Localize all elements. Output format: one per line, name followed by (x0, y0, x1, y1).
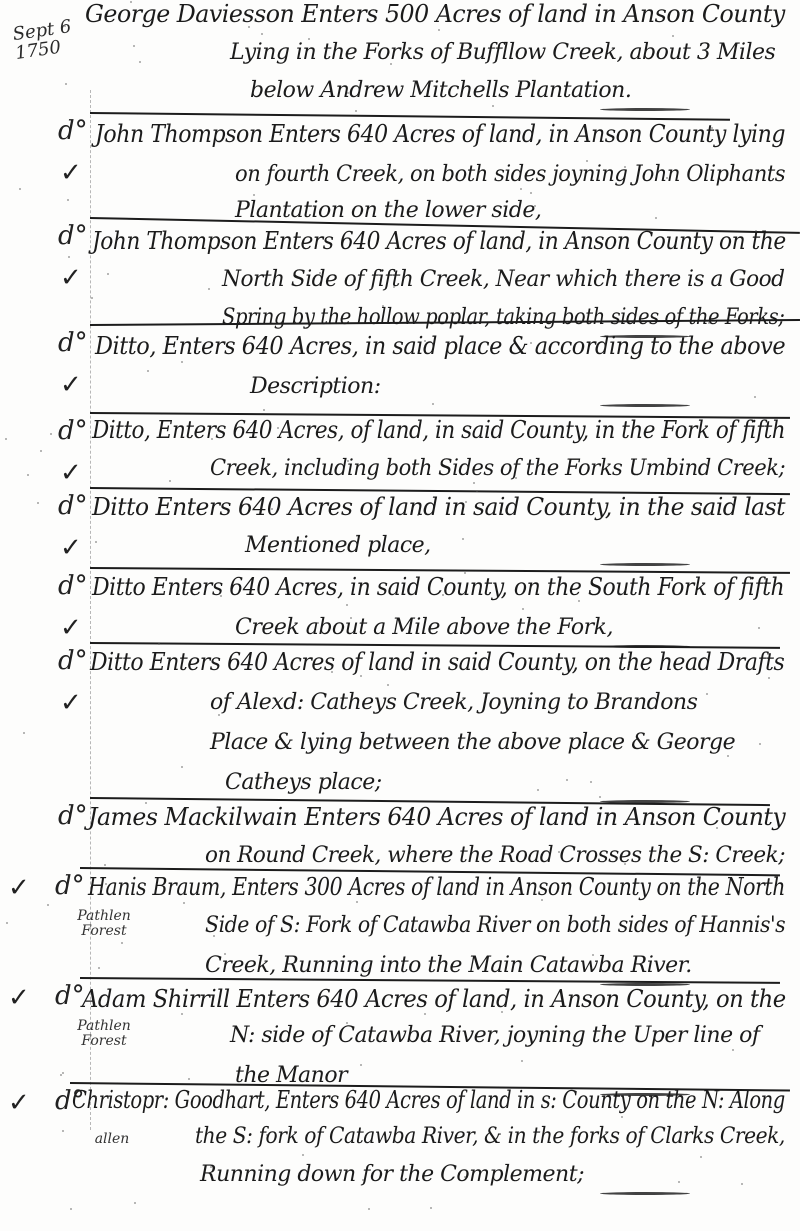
paper-speckle (62, 1130, 64, 1132)
paper-speckle (145, 802, 147, 804)
paper-speckle (515, 477, 517, 479)
ditto-mark: d° (58, 328, 88, 358)
paper-speckle (255, 436, 257, 438)
paper-speckle (37, 502, 39, 504)
ditto-mark: d° (58, 646, 88, 676)
entry-heading-line: Ditto, Enters 640 Acres, of land, in sai… (92, 416, 785, 444)
ditto-mark: d° (55, 871, 85, 901)
paper-speckle (65, 83, 67, 85)
paper-speckle (706, 693, 708, 695)
document-page: Sept 6 1750 George Daviesson Enters 500 … (0, 0, 800, 1231)
paper-speckle (716, 827, 718, 829)
paper-speckle (91, 297, 93, 299)
paper-speckle (759, 743, 761, 745)
entry-text-line: Lying in the Forks of Buffllow Creek, ab… (230, 40, 775, 65)
entry-text-line: on Round Creek, where the Road Crosses t… (205, 843, 785, 868)
entry-heading-line: James Mackilwain Enters 640 Acres of lan… (88, 803, 785, 831)
paper-speckle (599, 796, 601, 798)
line-end-flourish (600, 404, 690, 407)
paper-speckle (424, 340, 426, 342)
entry-heading-line: Ditto Enters 640 Acres of land in said C… (90, 648, 784, 676)
paper-speckle (590, 781, 592, 783)
paper-speckle (424, 1013, 426, 1015)
paper-speckle (624, 863, 626, 865)
paper-speckle (346, 604, 348, 606)
entry-heading-line: Ditto, Enters 640 Acres, in said place &… (95, 332, 785, 360)
paper-speckle (530, 342, 532, 344)
paper-speckle (40, 450, 42, 452)
paper-speckle (754, 396, 756, 398)
entry-text-line: Plantation on the lower side, (235, 198, 541, 223)
paper-speckle (211, 438, 213, 440)
paper-speckle (355, 110, 357, 112)
check-mark-icon: ✓ (60, 263, 82, 293)
paper-speckle (105, 883, 107, 885)
paper-speckle (396, 541, 398, 543)
paper-speckle (319, 272, 321, 274)
paper-speckle (104, 864, 106, 866)
paper-speckle (218, 430, 220, 432)
paper-speckle (248, 26, 250, 28)
paper-speckle (586, 160, 588, 162)
paper-speckle (430, 1207, 432, 1209)
paper-speckle (558, 851, 560, 853)
paper-speckle (241, 1107, 243, 1109)
paper-speckle (537, 789, 539, 791)
paper-speckle (308, 38, 310, 40)
paper-speckle (224, 953, 226, 955)
paper-speckle (95, 1096, 97, 1098)
paper-speckle (521, 1060, 523, 1062)
paper-speckle (382, 305, 384, 307)
entry-text-line: of Alexd: Catheys Creek, Joyning to Bran… (210, 690, 697, 715)
paper-speckle (371, 287, 373, 289)
entry-text-line: Mentioned place, (245, 533, 431, 558)
paper-speckle (277, 427, 279, 429)
paper-speckle (147, 370, 149, 372)
paper-speckle (368, 1208, 370, 1210)
paper-speckle (417, 514, 419, 516)
paper-speckle (5, 438, 7, 440)
entry-text-line: Creek about a Mile above the Fork, (235, 615, 613, 640)
paper-speckle (181, 361, 183, 363)
paper-speckle (566, 779, 568, 781)
paper-speckle (462, 538, 464, 540)
paper-speckle (758, 627, 760, 629)
paper-speckle (317, 622, 319, 624)
paper-speckle (208, 288, 210, 290)
paper-speckle (356, 535, 358, 537)
line-end-flourish (600, 1192, 690, 1195)
paper-speckle (768, 677, 770, 679)
ditto-mark: d° (58, 116, 88, 146)
paper-speckle (678, 1181, 680, 1183)
entry-text-line: Running down for the Complement; (200, 1162, 584, 1187)
ditto-mark: d° (58, 416, 88, 446)
paper-speckle (70, 1208, 72, 1210)
entry-heading-line: Adam Shirrill Enters 640 Acres of land, … (82, 985, 786, 1013)
entry-text-line: the S: fork of Catawba River, & in the f… (195, 1124, 785, 1149)
entry-text-line: Creek, including both Sides of the Forks… (210, 456, 785, 481)
margin-annotation: Pathlen Forest (72, 1019, 136, 1050)
paper-speckle (393, 857, 395, 859)
paper-speckle (697, 880, 699, 882)
paper-speckle (68, 256, 70, 258)
margin-date-line2: 1750 (14, 37, 75, 64)
paper-speckle (133, 45, 135, 47)
paper-speckle (302, 1154, 304, 1156)
ditto-mark: d° (58, 221, 88, 251)
entry-heading-line: Hanis Braum, Enters 300 Acres of land in… (88, 873, 785, 901)
paper-speckle (621, 1116, 623, 1118)
paper-speckle (464, 1176, 466, 1178)
entry-text-line: North Side of fifth Creek, Near which th… (222, 267, 785, 292)
paper-speckle (62, 1072, 64, 1074)
paper-speckle (541, 899, 543, 901)
paper-speckle (708, 322, 710, 324)
margin-rule (90, 90, 91, 1130)
paper-speckle (266, 1134, 268, 1136)
entry-heading-line: Ditto Enters 640 Acres, in said County, … (92, 573, 784, 601)
paper-speckle (181, 766, 183, 768)
check-mark-icon: ✓ (60, 158, 82, 188)
paper-speckle (272, 282, 274, 284)
paper-speckle (578, 600, 580, 602)
paper-speckle (465, 501, 467, 503)
paper-speckle (23, 732, 25, 734)
entry-text-line: Catheys place; (225, 770, 382, 795)
paper-speckle (438, 29, 440, 31)
paper-speckle (169, 480, 171, 482)
paper-speckle (655, 217, 657, 219)
paper-speckle (426, 1105, 428, 1107)
paper-speckle (271, 508, 273, 510)
paper-speckle (755, 230, 757, 232)
check-mark-icon: ✓ (60, 613, 82, 643)
paper-speckle (27, 474, 29, 476)
paper-speckle (699, 507, 701, 509)
paper-speckle (218, 714, 220, 716)
paper-speckle (95, 541, 97, 543)
paper-speckle (67, 199, 69, 201)
paper-speckle (666, 177, 668, 179)
paper-speckle (741, 1183, 743, 1185)
paper-speckle (360, 675, 362, 677)
paper-speckle (634, 502, 636, 504)
paper-speckle (393, 286, 395, 288)
paper-speckle (476, 490, 478, 492)
paper-speckle (356, 901, 358, 903)
check-mark-icon: ✓ (60, 533, 82, 563)
entry-heading-line: John Thompson Enters 640 Acres of land, … (95, 120, 785, 148)
paper-speckle (318, 133, 320, 135)
paper-speckle (530, 192, 532, 194)
paper-speckle (473, 482, 475, 484)
paper-speckle (60, 1074, 62, 1076)
ditto-mark: d° (58, 801, 88, 831)
paper-speckle (220, 595, 222, 597)
paper-speckle (387, 684, 389, 686)
check-mark-icon: ✓ (60, 370, 82, 400)
line-end-flourish (600, 108, 690, 111)
paper-speckle (501, 1011, 503, 1013)
paper-speckle (592, 954, 594, 956)
paper-speckle (522, 608, 524, 610)
paper-speckle (158, 643, 160, 645)
paper-speckle (700, 1156, 702, 1158)
paper-speckle (210, 1166, 212, 1168)
paper-speckle (188, 1078, 190, 1080)
paper-speckle (672, 35, 674, 37)
paper-speckle (346, 1022, 348, 1024)
entry-heading-line: John Thompson Enters 640 Acres of land, … (92, 227, 786, 255)
entry-heading-line: Christopr: Goodhart, Enters 640 Acres of… (72, 1086, 785, 1114)
paper-speckle (6, 922, 8, 924)
entry-text-line: N: side of Catawba River, joyning the Up… (230, 1023, 760, 1048)
paper-speckle (139, 61, 141, 63)
paper-speckle (624, 166, 626, 168)
paper-speckle (347, 460, 349, 462)
paper-speckle (130, 1, 132, 3)
paper-speckle (464, 572, 466, 574)
check-mark-icon: ✓ (8, 1088, 30, 1118)
paper-speckle (732, 1049, 734, 1051)
margin-annotation: Pathlen Forest (72, 909, 136, 940)
paper-speckle (711, 127, 713, 129)
entry-text-line: Spring by the hollow poplar, taking both… (222, 305, 784, 330)
check-mark-icon: ✓ (60, 458, 82, 488)
paper-speckle (727, 755, 729, 757)
paper-speckle (121, 942, 123, 944)
paper-speckle (331, 671, 333, 673)
paper-speckle (47, 904, 49, 906)
entry-text-line: Side of S: Fork of Catawba River on both… (205, 913, 785, 938)
paper-speckle (520, 188, 522, 190)
paper-speckle (98, 967, 100, 969)
ditto-mark: d° (55, 981, 85, 1011)
check-mark-icon: ✓ (8, 983, 30, 1013)
paper-speckle (432, 403, 434, 405)
paper-speckle (100, 888, 102, 890)
paper-speckle (519, 93, 521, 95)
paper-speckle (183, 902, 185, 904)
paper-speckle (253, 194, 255, 196)
paper-speckle (64, 25, 66, 27)
paper-speckle (50, 433, 52, 435)
paper-speckle (263, 409, 265, 411)
paper-speckle (213, 935, 215, 937)
paper-speckle (377, 505, 379, 507)
entry-heading-line: Ditto Enters 640 Acres of land in said C… (92, 493, 785, 521)
ditto-mark: d° (58, 491, 88, 521)
paper-speckle (492, 105, 494, 107)
paper-speckle (134, 1202, 136, 1204)
line-end-flourish (600, 563, 690, 566)
entry-divider-rule (80, 977, 780, 984)
check-mark-icon: ✓ (8, 873, 30, 903)
entry-heading-line: George Daviesson Enters 500 Acres of lan… (85, 0, 785, 28)
ditto-mark: d° (58, 571, 88, 601)
check-mark-icon: ✓ (60, 688, 82, 718)
entry-text-line: below Andrew Mitchells Plantation. (250, 78, 631, 103)
paper-speckle (442, 594, 444, 596)
paper-speckle (347, 92, 349, 94)
paper-speckle (352, 283, 354, 285)
paper-speckle (19, 188, 21, 190)
entry-text-line: Description: (250, 374, 381, 399)
paper-speckle (261, 33, 263, 35)
paper-speckle (390, 63, 392, 65)
paper-speckle (181, 1013, 183, 1015)
paper-speckle (350, 617, 352, 619)
paper-speckle (362, 1179, 364, 1181)
paper-speckle (107, 273, 109, 275)
entry-text-line: Creek, Running into the Main Catawba Riv… (205, 953, 692, 978)
paper-speckle (360, 1064, 362, 1066)
entry-text-line: Place & lying between the above place & … (210, 730, 735, 755)
margin-annotation: allen (80, 1132, 144, 1147)
entry-text-line: on fourth Creek, on both sides joyning J… (235, 162, 785, 187)
paper-speckle (534, 205, 536, 207)
